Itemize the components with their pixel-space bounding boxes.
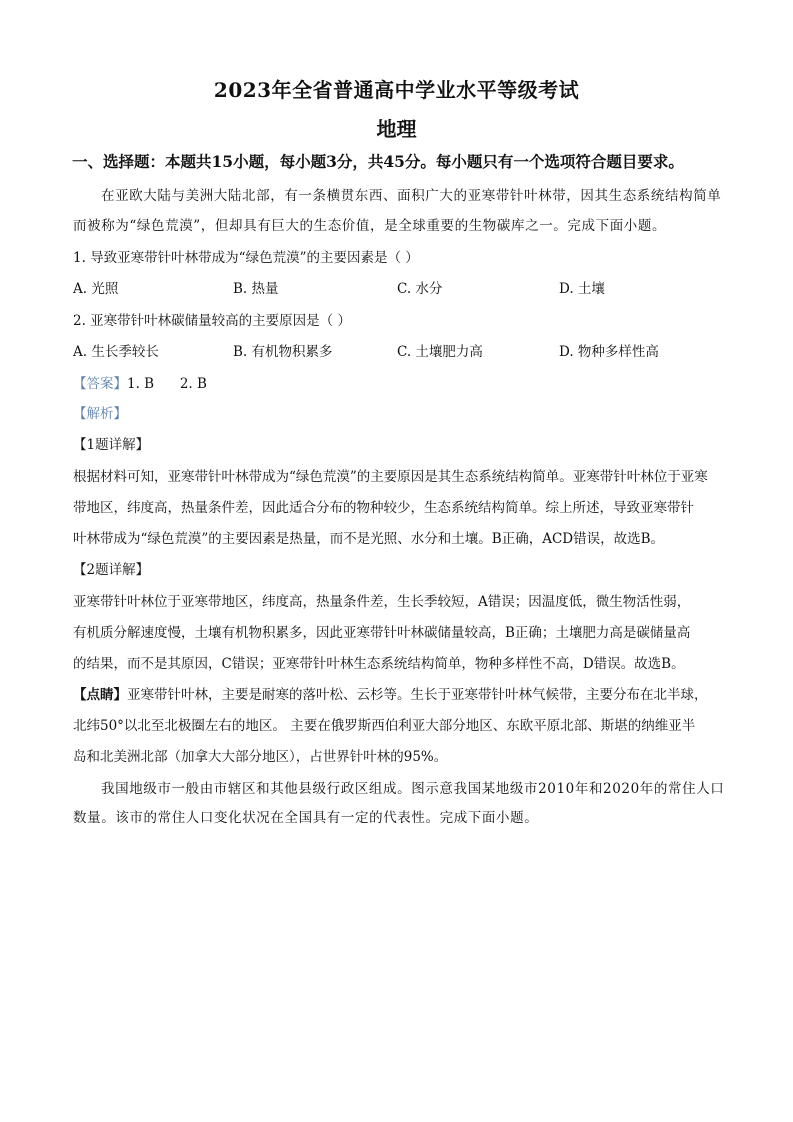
exam-title: 2023年全省普通高中学业水平等级考试: [0, 74, 793, 103]
detail1-line-1: 根据材料可知，亚寒带针叶林带成为“绿色荒漠”的主要原因是其生态系统结构简单。亚寒…: [73, 465, 723, 485]
answer-label: 【答案】: [73, 376, 127, 392]
q2-option-d: D. 物种多样性高: [559, 340, 659, 360]
passage2-line-1: 我国地级市一般由市辖区和其他县级行政区组成。图示意我国某地级市2010年和202…: [73, 777, 723, 797]
q1-option-c: C. 水分: [397, 277, 442, 297]
q1-option-b: B. 热量: [233, 277, 279, 297]
tip-line-3: 岛和北美洲北部（加拿大大部分地区），占世界针叶林的95%。: [73, 745, 723, 765]
detail2-line-2: 有机质分解速度慢，土壤有机物积累多，因此亚寒带针叶林碳储量较高，B正确；土壤肥力…: [73, 621, 723, 641]
tip-line-2: 北纬50°以北至北极圈左右的地区。 主要在俄罗斯西伯利亚大部分地区、东欧平原北部…: [73, 714, 723, 734]
q1-option-a: A. 光照: [73, 277, 118, 297]
detail1-line-2: 带地区，纬度高，热量条件差，因此适合分布的物种较少，生态系统结构简单。综上所述，…: [73, 496, 723, 516]
answer-line: 【答案】1. B 2. B: [73, 372, 723, 392]
answer-text: 1. B 2. B: [127, 376, 207, 392]
tip-line-1: 【点睛】亚寒带针叶林，主要是耐寒的落叶松、云杉等。生长于亚寒带针叶林气候带，主要…: [73, 683, 723, 703]
detail1-label: 【1题详解】: [73, 433, 723, 453]
subject-title: 地理: [0, 113, 793, 142]
passage2-line-2: 数量。该市的常住人口变化状况在全国具有一定的代表性。完成下面小题。: [73, 806, 723, 826]
q1-option-d: D. 土壤: [559, 277, 605, 297]
tip-label: 【点睛】: [73, 687, 127, 703]
q2-option-a: A. 生长季较长: [73, 340, 159, 360]
section-header: 一、选择题：本题共15小题，每小题3分，共45分。每小题只有一个选项符合题目要求…: [72, 150, 722, 172]
passage1-line-1: 在亚欧大陆与美洲大陆北部，有一条横贯东西、面积广大的亚寒带针叶林带，因其生态系统…: [73, 184, 723, 204]
detail2-line-3: 的结果，而不是其原因，C错误；亚寒带针叶林生态系统结构简单，物种多样性不高，D错…: [73, 652, 723, 672]
detail2-line-1: 亚寒带针叶林位于亚寒带地区，纬度高，热量条件差，生长季较短，A错误；因温度低，微…: [73, 590, 723, 610]
tip-text-1: 亚寒带针叶林，主要是耐寒的落叶松、云杉等。生长于亚寒带针叶林气候带，主要分布在北…: [127, 687, 708, 703]
detail2-label: 【2题详解】: [73, 558, 723, 578]
exam-page: 2023年全省普通高中学业水平等级考试 地理 一、选择题：本题共15小题，每小题…: [0, 0, 793, 1122]
q2-option-b: B. 有机物积累多: [233, 340, 333, 360]
question-1-stem: 1. 导致亚寒带针叶林带成为“绿色荒漠”的主要因素是（ ）: [73, 246, 723, 266]
detail1-line-3: 叶林带成为“绿色荒漠”的主要因素是热量，而不是光照、水分和土壤。B正确，ACD错…: [73, 527, 723, 547]
q2-option-c: C. 土壤肥力高: [397, 340, 483, 360]
passage1-line-2: 而被称为“绿色荒漠”，但却具有巨大的生态价值，是全球重要的生物碳库之一。完成下面…: [73, 214, 723, 234]
question-2-stem: 2. 亚寒带针叶林碳储量较高的主要原因是（ ）: [73, 309, 723, 329]
analysis-label: 【解析】: [73, 402, 723, 422]
